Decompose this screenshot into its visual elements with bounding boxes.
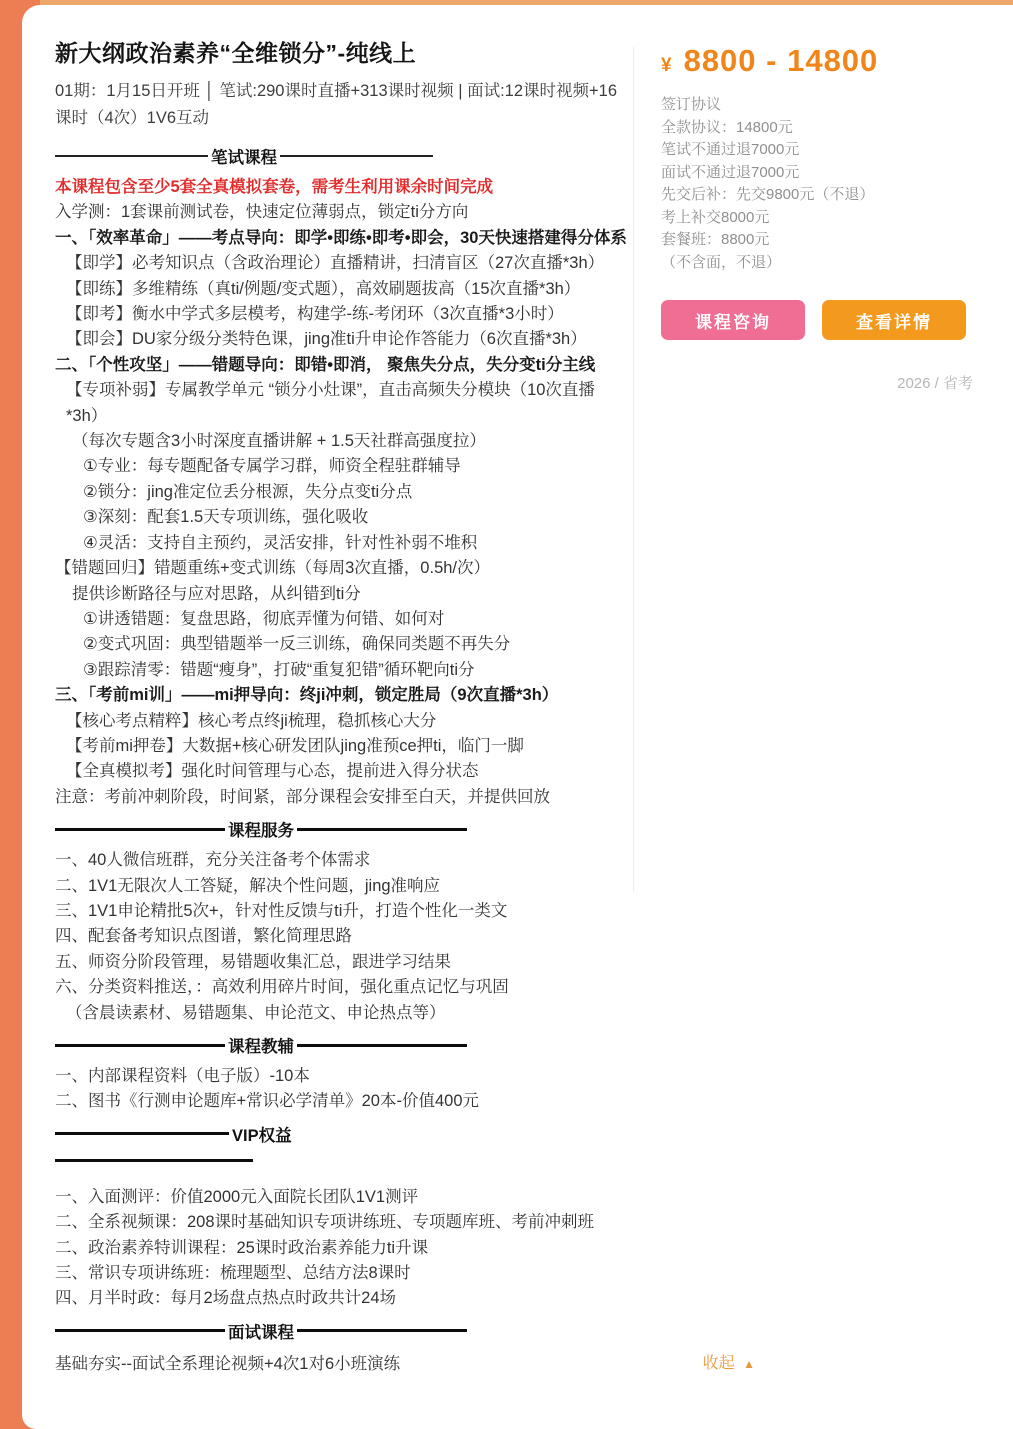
price-row: ¥ 8800 - 14800 — [661, 43, 1013, 79]
course-list: 笔试课程本课程包含至少5套全真模拟套卷，需考生利用课余时间完成入学测：1套课前测… — [55, 144, 627, 1374]
divider-line — [55, 828, 225, 831]
course-line: （每次专题含3小时深度直播讲解 + 1.5天社群高强度拉） — [55, 429, 627, 454]
divider-line — [297, 1329, 467, 1332]
section-divider: 课程教辅 — [55, 1033, 627, 1057]
section-divider: 课程服务 — [55, 817, 627, 841]
course-line: 提供诊断路径与应对思路，从纠错到ti分 — [55, 582, 627, 607]
course-line: ②锁分：jing准定位丢分根源，失分点变ti分点 — [55, 480, 627, 505]
course-line: ③深刻：配套1.5天专项训练，强化吸收 — [55, 505, 627, 530]
course-line: 二、1V1无限次人工答疑，解决个性问题，jing准响应 — [55, 874, 627, 899]
pricing-line: 考上补交8000元 — [661, 207, 1013, 230]
section-divider: VIP权益 — [55, 1122, 627, 1146]
notice-text: 本课程包含至少5套全真模拟套卷，需考生利用课余时间完成 — [55, 175, 627, 200]
section-heading: 一、「效率革命」——考点导向：即学•即练•即考•即会，30天快速搭建得分体系 — [55, 226, 627, 251]
pricing-line: 笔试不通过退7000元 — [661, 139, 1013, 162]
course-line: 四、月半时政：每月2场盘点热点时政共计24场 — [55, 1286, 627, 1311]
course-line: 五、师资分阶段管理，易错题收集汇总，跟进学习结果 — [55, 950, 627, 975]
section-divider-label: 课程服务 — [225, 817, 297, 841]
course-line: 【即考】衡水中学式多层模考，构建学-练-考闭环（3次直播*3小时） — [55, 302, 627, 327]
pricing-line: （不含面，不退） — [661, 252, 1013, 275]
pricing-lines: 签订协议全款协议：14800元笔试不通过退7000元面试不通过退7000元先交后… — [661, 94, 1013, 274]
price-range: 8800 - 14800 — [684, 43, 879, 79]
pricing-line: 签订协议 — [661, 94, 1013, 117]
course-line: 一、入面测评：价值2000元入面院长团队1V1测评 — [55, 1185, 627, 1210]
consult-button[interactable]: 课程咨询 — [661, 300, 805, 340]
course-line: 二、图书《行测申论题库+常识必学清单》20本-价值400元 — [55, 1089, 627, 1114]
divider-line — [55, 155, 208, 157]
course-line: 【专项补弱】专属教学单元 “锁分小灶课”，直击高频失分模块（10次直播*3h） — [55, 378, 627, 429]
pricing-line: 套餐班：8800元 — [661, 229, 1013, 252]
exam-watermark: 2026 / 省考 — [661, 372, 1013, 393]
course-line: ②变式巩固：典型错题举一反三训练，确保同类题不再失分 — [55, 632, 627, 657]
course-line-text: 基础夯实--面试全系理论视频+4次1对6小班演练 — [55, 1350, 400, 1374]
course-line: 【即学】必考知识点（含政治理论）直播精讲，扫清盲区（27次直播*3h） — [55, 251, 627, 276]
course-line: 【全真模拟考】强化时间管理与心态，提前进入得分状态 — [55, 759, 627, 784]
divider-line — [55, 1044, 225, 1047]
section-heading: 二、「个性攻坚」——错题导向：即错•即消， 聚焦失分点，失分变ti分主线 — [55, 353, 627, 378]
course-line: 入学测：1套课前测试卷，快速定位薄弱点，锁定ti分方向 — [55, 200, 627, 225]
course-title: 新大纲政治素养“全维锁分”-纯线上 — [55, 35, 633, 68]
spacer — [55, 1171, 627, 1185]
course-card: 新大纲政治素养“全维锁分”-纯线上 01期：1月15日开班 │ 笔试:290课时… — [22, 5, 1013, 1429]
course-line: ①讲透错题：复盘思路，彻底弄懂为何错、如何对 — [55, 607, 627, 632]
course-line: 四、配套备考知识点图谱，繁化简理思路 — [55, 924, 627, 949]
section-divider-label: 面试课程 — [225, 1319, 297, 1343]
course-line: 六、分类资料推送，：高效利用碎片时间，强化重点记忆与巩固 — [55, 975, 627, 1000]
course-line: 三、常识专项讲练班：梳理题型、总结方法8课时 — [55, 1261, 627, 1286]
section-divider: 面试课程 — [55, 1319, 627, 1343]
pricing-line: 全款协议：14800元 — [661, 117, 1013, 140]
section-divider-label: 课程教辅 — [225, 1033, 297, 1057]
course-line: 三、1V1申论精批5次+，针对性反馈与ti升，打造个性化一类文 — [55, 899, 627, 924]
pricing-line: 面试不通过退7000元 — [661, 162, 1013, 185]
course-line: ①专业：每专题配备专属学习群，师资全程驻群辅导 — [55, 454, 627, 479]
detail-button[interactable]: 查看详情 — [822, 300, 966, 340]
action-buttons: 课程咨询 查看详情 — [661, 300, 1013, 340]
section-divider-label: VIP权益 — [229, 1122, 295, 1146]
section-divider-label: 笔试课程 — [208, 144, 280, 168]
course-line: （含晨读素材、易错题集、申论范文、申论热点等） — [55, 1001, 627, 1026]
course-line: ③跟踪清零：错题“瘦身”，打破“重复犯错”循环靶向ti分 — [55, 658, 627, 683]
section-heading: 三、「考前mi训」——mi押导向：终ji冲刺，锁定胜局（9次直播*3h） — [55, 683, 627, 708]
course-line: 【考前mi押卷】大数据+核心研发团队jing准预ce押ti，临门一脚 — [55, 734, 627, 759]
course-meta: 01期：1月15日开班 │ 笔试:290课时直播+313课时视频 | 面试:12… — [55, 78, 627, 132]
course-line: 【即练】多维精练（真ti/例题/变式题），高效刷题拔高（15次直播*3h） — [55, 277, 627, 302]
pricing-line: 先交后补：先交9800元（不退） — [661, 184, 1013, 207]
divider-line — [297, 1044, 467, 1047]
divider-line — [280, 155, 433, 157]
section-divider: 笔试课程 — [55, 144, 627, 168]
course-line: 一、40人微信班群，充分关注备考个体需求 — [55, 848, 627, 873]
course-line: 注意：考前冲刺阶段，时间紧，部分课程会安排至白天，并提供回放 — [55, 785, 627, 810]
course-line: 二、全系视频课：208课时基础知识专项讲练班、专项题库班、考前冲刺班 — [55, 1210, 627, 1235]
course-line: 二、政治素养特训课程：25课时政治素养能力ti升课 — [55, 1236, 627, 1261]
course-line: 【错题回归】错题重练+变式训练（每周3次直播，0.5h/次） — [55, 556, 627, 581]
pricing-panel: ¥ 8800 - 14800 签订协议全款协议：14800元笔试不通过退7000… — [633, 5, 1013, 1429]
course-detail-column: 新大纲政治素养“全维锁分”-纯线上 01期：1月15日开班 │ 笔试:290课时… — [22, 5, 633, 1429]
course-line: ④灵活：支持自主预约，灵活安排，针对性补弱不堆积 — [55, 531, 627, 556]
course-line: 一、内部课程资料（电子版）-10本 — [55, 1064, 627, 1089]
divider-line — [55, 1132, 229, 1135]
course-line: 【核心考点精粹】核心考点终ji梳理，稳抓核心大分 — [55, 709, 627, 734]
divider-line — [297, 828, 467, 831]
divider-line — [55, 1159, 253, 1162]
currency-symbol: ¥ — [661, 55, 672, 77]
divider-line — [55, 1329, 225, 1332]
course-line: 【即会】DU家分级分类特色课，jing准ti升申论作答能力（6次直播*3h） — [55, 327, 627, 352]
